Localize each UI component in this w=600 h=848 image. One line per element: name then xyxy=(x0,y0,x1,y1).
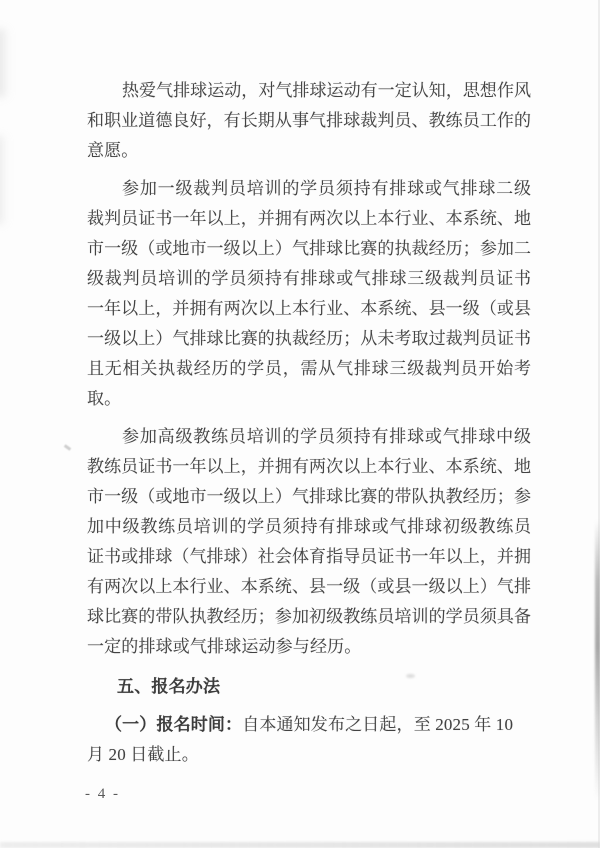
document-content: 热爱气排球运动，对气排球运动有一定认知，思想作风和职业道德良好，有长期从事气排球… xyxy=(87,76,531,778)
text-line: 裁判员证书一年以上，并拥有两次以上本行业、本系统、地 xyxy=(87,204,531,234)
paragraph: 参加高级教练员培训的学员须持有排球或气排球中级教练员证书一年以上，并拥有两次以上… xyxy=(87,422,531,662)
text-line: 参加一级裁判员培训的学员须持有排球或气排球二级 xyxy=(87,174,531,204)
text-line: 有两次以上本行业、本系统、县一级（或县一级以上）气排 xyxy=(87,572,531,602)
text-line: 证书或排球（气排球）社会体育指导员证书一年以上，并拥 xyxy=(87,542,531,572)
text-line: 且无相关执裁经历的学员，需从气排球三级裁判员开始考 xyxy=(87,354,531,384)
text-line: 一级以上）气排球比赛的执裁经历；从未考取过裁判员证书 xyxy=(87,324,531,354)
text-line: 月 20 日截止。 xyxy=(87,740,531,770)
text-line: 一年以上，并拥有两次以上本行业、本系统、县一级（或县 xyxy=(87,294,531,324)
scan-smudge-left-mid xyxy=(0,135,8,225)
text-line: 级裁判员培训的学员须持有排球或气排球三级裁判员证书 xyxy=(87,264,531,294)
paragraph: 参加一级裁判员培训的学员须持有排球或气排球二级裁判员证书一年以上，并拥有两次以上… xyxy=(87,174,531,414)
text-line: 和职业道德良好，有长期从事气排球裁判员、教练员工作的 xyxy=(87,106,531,136)
text-line: 加中级教练员培训的学员须持有排球或气排球初级教练员 xyxy=(87,512,531,542)
text-line: 意愿。 xyxy=(87,136,531,166)
document-page: 热爱气排球运动，对气排球运动有一定认知，思想作风和职业道德良好，有长期从事气排球… xyxy=(0,0,600,848)
text-line: 球比赛的带队执教经历；参加初级教练员培训的学员须具备 xyxy=(87,602,531,632)
scan-edge-bottom xyxy=(0,842,600,848)
text-line: 一定的排球或气排球运动参与经历。 xyxy=(87,632,531,662)
page-number: - 4 - xyxy=(85,786,120,803)
text-line: 取。 xyxy=(87,384,531,414)
text-line: 市一级（或地市一级以上）气排球比赛的带队执教经历；参 xyxy=(87,482,531,512)
scan-smudge-left-top xyxy=(0,28,10,98)
text-line: 市一级（或地市一级以上）气排球比赛的执裁经历；参加二 xyxy=(87,234,531,264)
text-line: （一）报名时间：自本通知发布之日起，至 2025 年 10 xyxy=(87,710,531,740)
scan-speck xyxy=(64,444,71,450)
paragraph: （一）报名时间：自本通知发布之日起，至 2025 年 10月 20 日截止。 xyxy=(87,710,531,770)
text-segment: 自本通知发布之日起，至 2025 年 10 xyxy=(242,715,513,734)
text-line: 热爱气排球运动，对气排球运动有一定认知，思想作风 xyxy=(87,76,531,106)
bold-lead-label: （一）报名时间： xyxy=(105,715,242,734)
section-heading: 五、报名办法 xyxy=(117,672,531,702)
text-line: 教练员证书一年以上，并拥有两次以上本行业、本系统、地 xyxy=(87,452,531,482)
paragraph: 热爱气排球运动，对气排球运动有一定认知，思想作风和职业道德良好，有长期从事气排球… xyxy=(87,76,531,166)
scan-shadow-right xyxy=(595,520,600,800)
text-line: 参加高级教练员培训的学员须持有排球或气排球中级 xyxy=(87,422,531,452)
